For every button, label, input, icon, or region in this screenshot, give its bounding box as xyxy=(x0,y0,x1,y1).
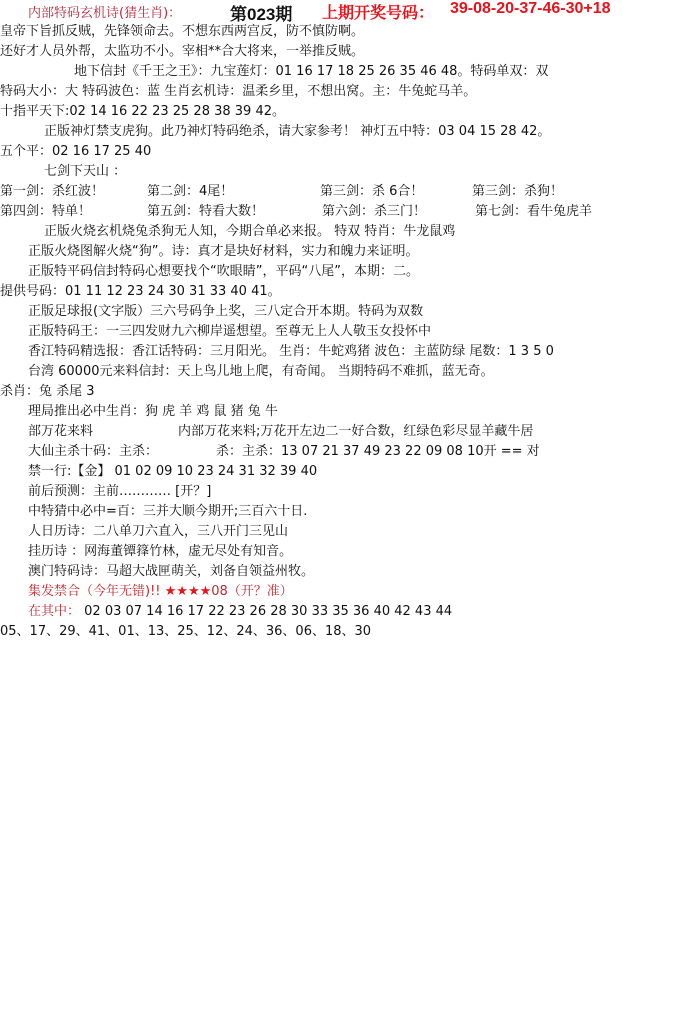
header-bar: 内部特码玄机诗(猜生肖)： 第023期 上期开奖号码： 39-08-20-37-… xyxy=(0,0,675,22)
must-win-zodiac: 理局推出必中生肖：狗 虎 羊 鸡 鼠 猪 兔 牛 xyxy=(28,402,278,422)
sword-1: 第一剑：杀红波！ xyxy=(0,182,104,202)
underground-letter: 地下信封《千王之王》：九宝莲灯：01 16 17 18 25 26 35 46 … xyxy=(74,62,548,82)
size-color-line: 特码大小：大 特码波色：蓝 生肖玄机诗：温柔乡里，不想出窝。主：牛兔蛇马羊。 xyxy=(0,82,476,102)
last-draw-label: 上期开奖号码： xyxy=(322,0,434,23)
football-paper: 正版足球报(文字版）三六号码争上奖，三八定合开本期。特码为双数 xyxy=(28,302,423,322)
sword-7: 第七剑：看牛兔虎羊 xyxy=(475,202,592,222)
poem-title: 内部特码玄机诗(猜生肖)： xyxy=(28,2,181,21)
fire-burn-line: 正版火烧玄机烧兔杀狗无人知，今期合单必来报。 特双 特肖：牛龙鼠鸡 xyxy=(44,222,455,242)
seven-swords-title: 七剑下天山 ： xyxy=(44,162,126,182)
in-among-numbers: 02 03 07 14 16 17 22 23 26 28 30 33 35 3… xyxy=(80,604,452,619)
sword-4: 第四剑：特单！ xyxy=(0,202,91,222)
flower-source-text: 内部万花来料;万花开左边二一好合数，红绿色彩尽显羊藏牛居 xyxy=(178,422,533,442)
sword-6: 第六剑：杀三门！ xyxy=(322,202,426,222)
provided-numbers: 提供号码：01 11 12 23 24 30 31 33 40 41。 xyxy=(0,282,281,302)
sword-3b: 第三剑：杀狗！ xyxy=(472,182,563,202)
sword-2: 第二剑：4尾！ xyxy=(147,182,233,202)
immortal-kill-numbers: 杀：主杀：13 07 21 37 49 23 22 09 08 10开 == 对 xyxy=(216,442,540,462)
immortal-kill-label: 大仙主杀十码：主杀： xyxy=(28,442,158,462)
daily-calendar-poem: 人日历诗：二八单刀六直入，三八开门三见山 xyxy=(28,522,288,542)
combo-line: 集发禁合（今年无错)!! ★★★★08（开？准） xyxy=(28,582,293,602)
hundred-guess: 中特猜中必中=百：三并大顺今期开;三百六十日. xyxy=(28,502,307,522)
combo-label: 集发禁合（今年无错)!! xyxy=(28,584,165,599)
front-back-prediction: 前后预测：主前………… [开？] xyxy=(28,482,211,502)
in-among-label: 在其中： xyxy=(28,604,80,619)
last-draw-numbers: 39-08-20-37-46-30+18 xyxy=(450,0,611,18)
wall-calendar-poem: 挂历诗 ：网海董镡箨竹林，虚无尽处有知音。 xyxy=(28,542,292,562)
number-sequence: 05、17、29、41、01、13、25、12、24、36、06、18、30 xyxy=(0,622,371,642)
special-code-king: 正版特码王：一三四发财九六柳岸遥想望。至尊无上人人敬玉女投怀中 xyxy=(28,322,431,342)
ban-row: 禁一行:【金】 01 02 09 10 23 24 31 32 39 40 xyxy=(28,462,317,482)
poem-line-2: 还好才人员外帮，太监功不小。宰相**合大将来，一举推反贼。 xyxy=(0,42,364,62)
special-flat-letter: 正版特平码信封特码心想要找个“吹眼睛”，平码“八尾”，本期：二。 xyxy=(28,262,419,282)
in-among-line: 在其中： 02 03 07 14 16 17 22 23 26 28 30 33… xyxy=(28,602,452,622)
combo-tail: 08（开？准） xyxy=(211,584,293,599)
fire-burn-diagram: 正版火烧图解火烧“狗”。诗：真才是块好材料，实力和魄力来证明。 xyxy=(28,242,418,262)
flower-source-label: 部万花来料 xyxy=(28,422,93,442)
ten-finger-line: 十指平天下:02 14 16 22 23 25 28 38 39 42。 xyxy=(0,102,285,122)
kill-zodiac-tail: 杀肖：兔 杀尾 3 xyxy=(0,382,95,402)
sword-3: 第三剑：杀 6合！ xyxy=(320,182,423,202)
taiwan-letter: 台湾 60000元来料信封：天上鸟儿地上爬，有奇闻。 当期特码不难抓，蓝无奇。 xyxy=(28,362,494,382)
star-rating-icon: ★★★★ xyxy=(165,584,212,599)
magic-lamp-line: 正版神灯禁支虎狗。此乃神灯特码绝杀，请大家参考！ 神灯五中特：03 04 15 … xyxy=(44,122,550,142)
five-flat-line: 五个平：02 16 17 25 40 xyxy=(0,142,151,162)
macau-poem: 澳门特码诗：马超大战匣萌关，刘备自领益州牧。 xyxy=(28,562,314,582)
sword-5: 第五剑：特看大数！ xyxy=(147,202,264,222)
hongkong-selection: 香江特码精选报：香江话特码：三月阳光。 生肖：牛蛇鸡猪 波色：主蓝防绿 尾数：1… xyxy=(28,342,554,362)
poem-line-1: 皇帝下旨抓反贼，先锋领命去。不想东西两宫反，防不慎防啊。 xyxy=(0,22,364,42)
